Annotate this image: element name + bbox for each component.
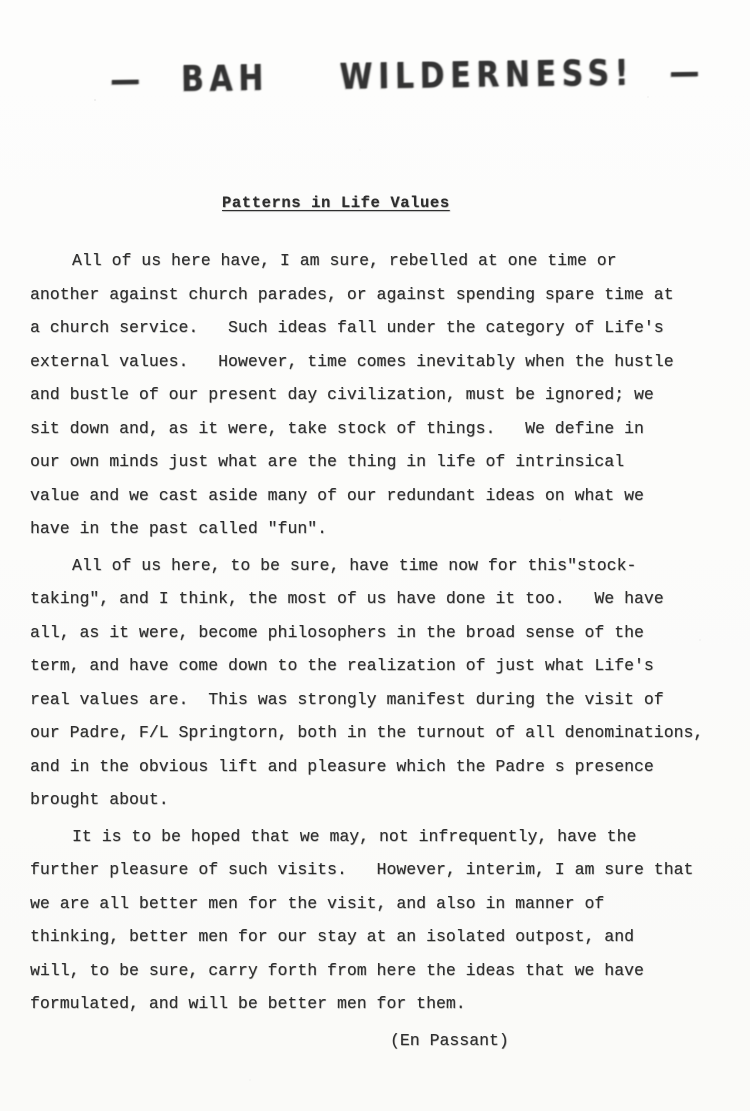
text-line: term, and have come down to the realizat… [30,649,730,683]
handwritten-title: — BAH WILDERNESS! — [110,52,705,101]
text-line: It is to be hoped that we may, not infre… [30,820,730,854]
text-line: external values. However, time comes ine… [30,345,730,379]
text-line: All of us here, to be sure, have time no… [30,549,730,583]
scanned-document-page: — BAH WILDERNESS! — Patterns in Life Val… [0,0,750,1111]
text-line: our Padre, F/L Springtorn, both in the t… [30,716,730,750]
text-line: value and we cast aside many of our redu… [30,479,730,513]
text-line: will, to be sure, carry forth from here … [30,954,730,988]
paragraph-1: All of us here have, I am sure, rebelled… [30,244,730,546]
document-body: All of us here have, I am sure, rebelled… [30,244,730,1057]
text-line: formulated, and will be better men for t… [30,987,730,1021]
paragraph-3: It is to be hoped that we may, not infre… [30,820,730,1021]
text-line: we are all better men for the visit, and… [30,887,730,921]
text-line: and in the obvious lift and pleasure whi… [30,750,730,784]
text-line: and bustle of our present day civilizati… [30,378,730,412]
text-line: all, as it were, become philosophers in … [30,616,730,650]
text-line: brought about. [30,783,730,817]
text-line: All of us here have, I am sure, rebelled… [30,244,730,278]
signature: (En Passant) [30,1024,730,1058]
text-line: have in the past called "fun". [30,512,730,546]
text-line: our own minds just what are the thing in… [30,445,730,479]
text-line: thinking, better men for our stay at an … [30,920,730,954]
document-heading: Patterns in Life Values [222,194,450,212]
text-line: sit down and, as it were, take stock of … [30,412,730,446]
paragraph-2: All of us here, to be sure, have time no… [30,549,730,817]
text-line: a church service. Such ideas fall under … [30,311,730,345]
text-line: further pleasure of such visits. However… [30,853,730,887]
text-line: another against church parades, or again… [30,278,730,312]
text-line: taking", and I think, the most of us hav… [30,582,730,616]
text-line: real values are. This was strongly manif… [30,683,730,717]
